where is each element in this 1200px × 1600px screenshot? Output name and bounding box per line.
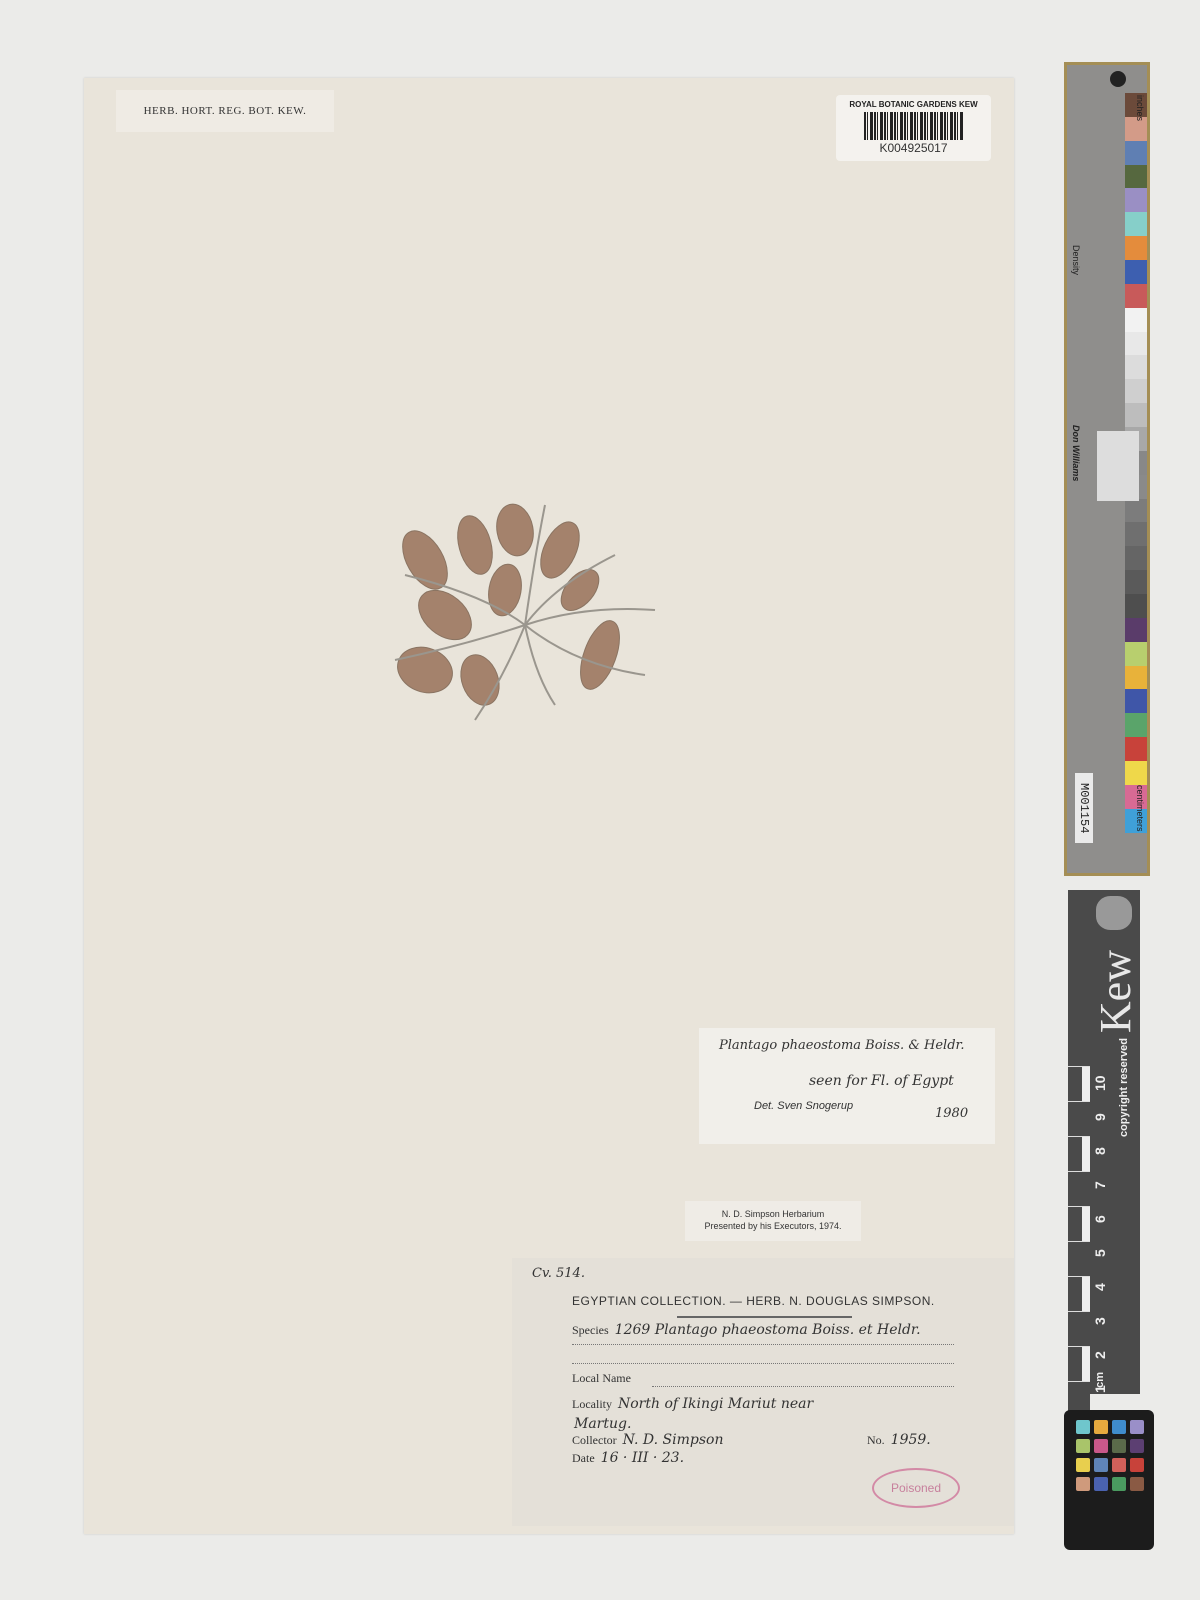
color-scale-bar: inches Density Don Williams M001154 cent… [1064, 62, 1150, 876]
color-swatch [1125, 308, 1147, 332]
color-swatch [1125, 403, 1147, 427]
determiner: Det. Sven Snogerup [754, 1100, 853, 1112]
checker-cell [1076, 1439, 1090, 1453]
poisoned-stamp: Poisoned [872, 1468, 960, 1508]
checker-cell [1094, 1477, 1108, 1491]
centimeters-label: centimeters [1135, 785, 1145, 832]
color-swatch [1125, 212, 1147, 236]
color-swatch [1125, 141, 1147, 165]
color-swatch [1125, 642, 1147, 666]
color-swatch [1125, 260, 1147, 284]
color-swatch [1125, 761, 1147, 785]
cm-label: cm [1094, 1372, 1106, 1388]
determination-year: 1980 [935, 1106, 968, 1121]
field-local-name: Local Name [572, 1371, 631, 1386]
provenance-label: N. D. Simpson Herbarium Presented by his… [685, 1201, 861, 1241]
color-swatch [1125, 737, 1147, 761]
checker-cell [1130, 1420, 1144, 1434]
determination-note: seen for Fl. of Egypt [809, 1073, 954, 1089]
plant-specimen [385, 495, 665, 730]
brand-label: Don Williams [1071, 425, 1081, 481]
barcode-icon [864, 112, 964, 140]
dotted-line [572, 1344, 954, 1345]
scale-hole-top [1110, 71, 1126, 87]
scale-code: M001154 [1075, 773, 1093, 843]
grey-card [1097, 431, 1139, 501]
checker-cell [1076, 1420, 1090, 1434]
checker-cell [1112, 1477, 1126, 1491]
ruler-ticks [1068, 1066, 1090, 1416]
field-locality-cont: Martug. [568, 1416, 631, 1432]
checker-cell [1130, 1458, 1144, 1472]
color-swatch [1125, 165, 1147, 189]
color-swatch [1125, 188, 1147, 212]
copyright-text: copyright reserved [1118, 1038, 1130, 1137]
color-swatch [1125, 522, 1147, 546]
kew-crest-icon [1096, 896, 1132, 930]
color-swatch [1125, 594, 1147, 618]
checker-cell [1094, 1458, 1108, 1472]
title-rule [677, 1316, 852, 1318]
color-swatch [1125, 332, 1147, 356]
color-swatch [1125, 546, 1147, 570]
kew-ruler: Kew copyright reserved 10 9 8 7 6 5 4 3 … [1068, 890, 1140, 1394]
dotted-line [652, 1386, 954, 1387]
determination-label: Plantago phaeostoma Boiss. & Heldr. seen… [699, 1028, 995, 1144]
color-checker-grid [1076, 1420, 1144, 1491]
field-locality: Locality North of Ikingi Mariut near [572, 1396, 813, 1412]
checker-cell [1112, 1439, 1126, 1453]
color-checker [1064, 1410, 1154, 1550]
herbarium-header-label: HERB. HORT. REG. BOT. KEW. [116, 90, 334, 132]
density-label: Density [1071, 245, 1081, 275]
field-species: Species 1269 Plantago phaeostoma Boiss. … [572, 1322, 921, 1338]
determination-name: Plantago phaeostoma Boiss. & Heldr. [719, 1038, 964, 1053]
color-swatch [1125, 689, 1147, 713]
color-swatch [1125, 379, 1147, 403]
color-swatch [1125, 499, 1147, 523]
checker-cell [1130, 1439, 1144, 1453]
collection-ref: Cv. 514. [532, 1266, 585, 1281]
color-swatch [1125, 666, 1147, 690]
color-swatch [1125, 713, 1147, 737]
dotted-line [572, 1363, 954, 1364]
barcode-institution: ROYAL BOTANIC GARDENS KEW [836, 100, 991, 109]
checker-cell [1076, 1477, 1090, 1491]
collection-label: Cv. 514. EGYPTIAN COLLECTION. — HERB. N.… [512, 1258, 1014, 1526]
color-swatch [1125, 355, 1147, 379]
inches-label: inches [1135, 95, 1145, 121]
color-swatch [1125, 570, 1147, 594]
checker-cell [1112, 1458, 1126, 1472]
field-collector: Collector N. D. Simpson [572, 1432, 723, 1448]
provenance-line1: N. D. Simpson Herbarium [685, 1208, 861, 1220]
checker-cell [1112, 1420, 1126, 1434]
checker-cell [1094, 1439, 1108, 1453]
kew-logo: Kew [1090, 950, 1141, 1033]
barcode-label: ROYAL BOTANIC GARDENS KEW K004925017 [836, 95, 991, 161]
color-swatch [1125, 618, 1147, 642]
provenance-line2: Presented by his Executors, 1974. [685, 1220, 861, 1232]
checker-cell [1076, 1458, 1090, 1472]
collection-title: EGYPTIAN COLLECTION. — HERB. N. DOUGLAS … [572, 1294, 935, 1308]
field-date: Date 16 · III · 23. [572, 1450, 684, 1466]
field-number: No. 1959. [867, 1432, 931, 1448]
color-swatch [1125, 236, 1147, 260]
barcode-number: K004925017 [836, 141, 991, 155]
checker-cell [1130, 1477, 1144, 1491]
checker-cell [1094, 1420, 1108, 1434]
color-swatch [1125, 284, 1147, 308]
